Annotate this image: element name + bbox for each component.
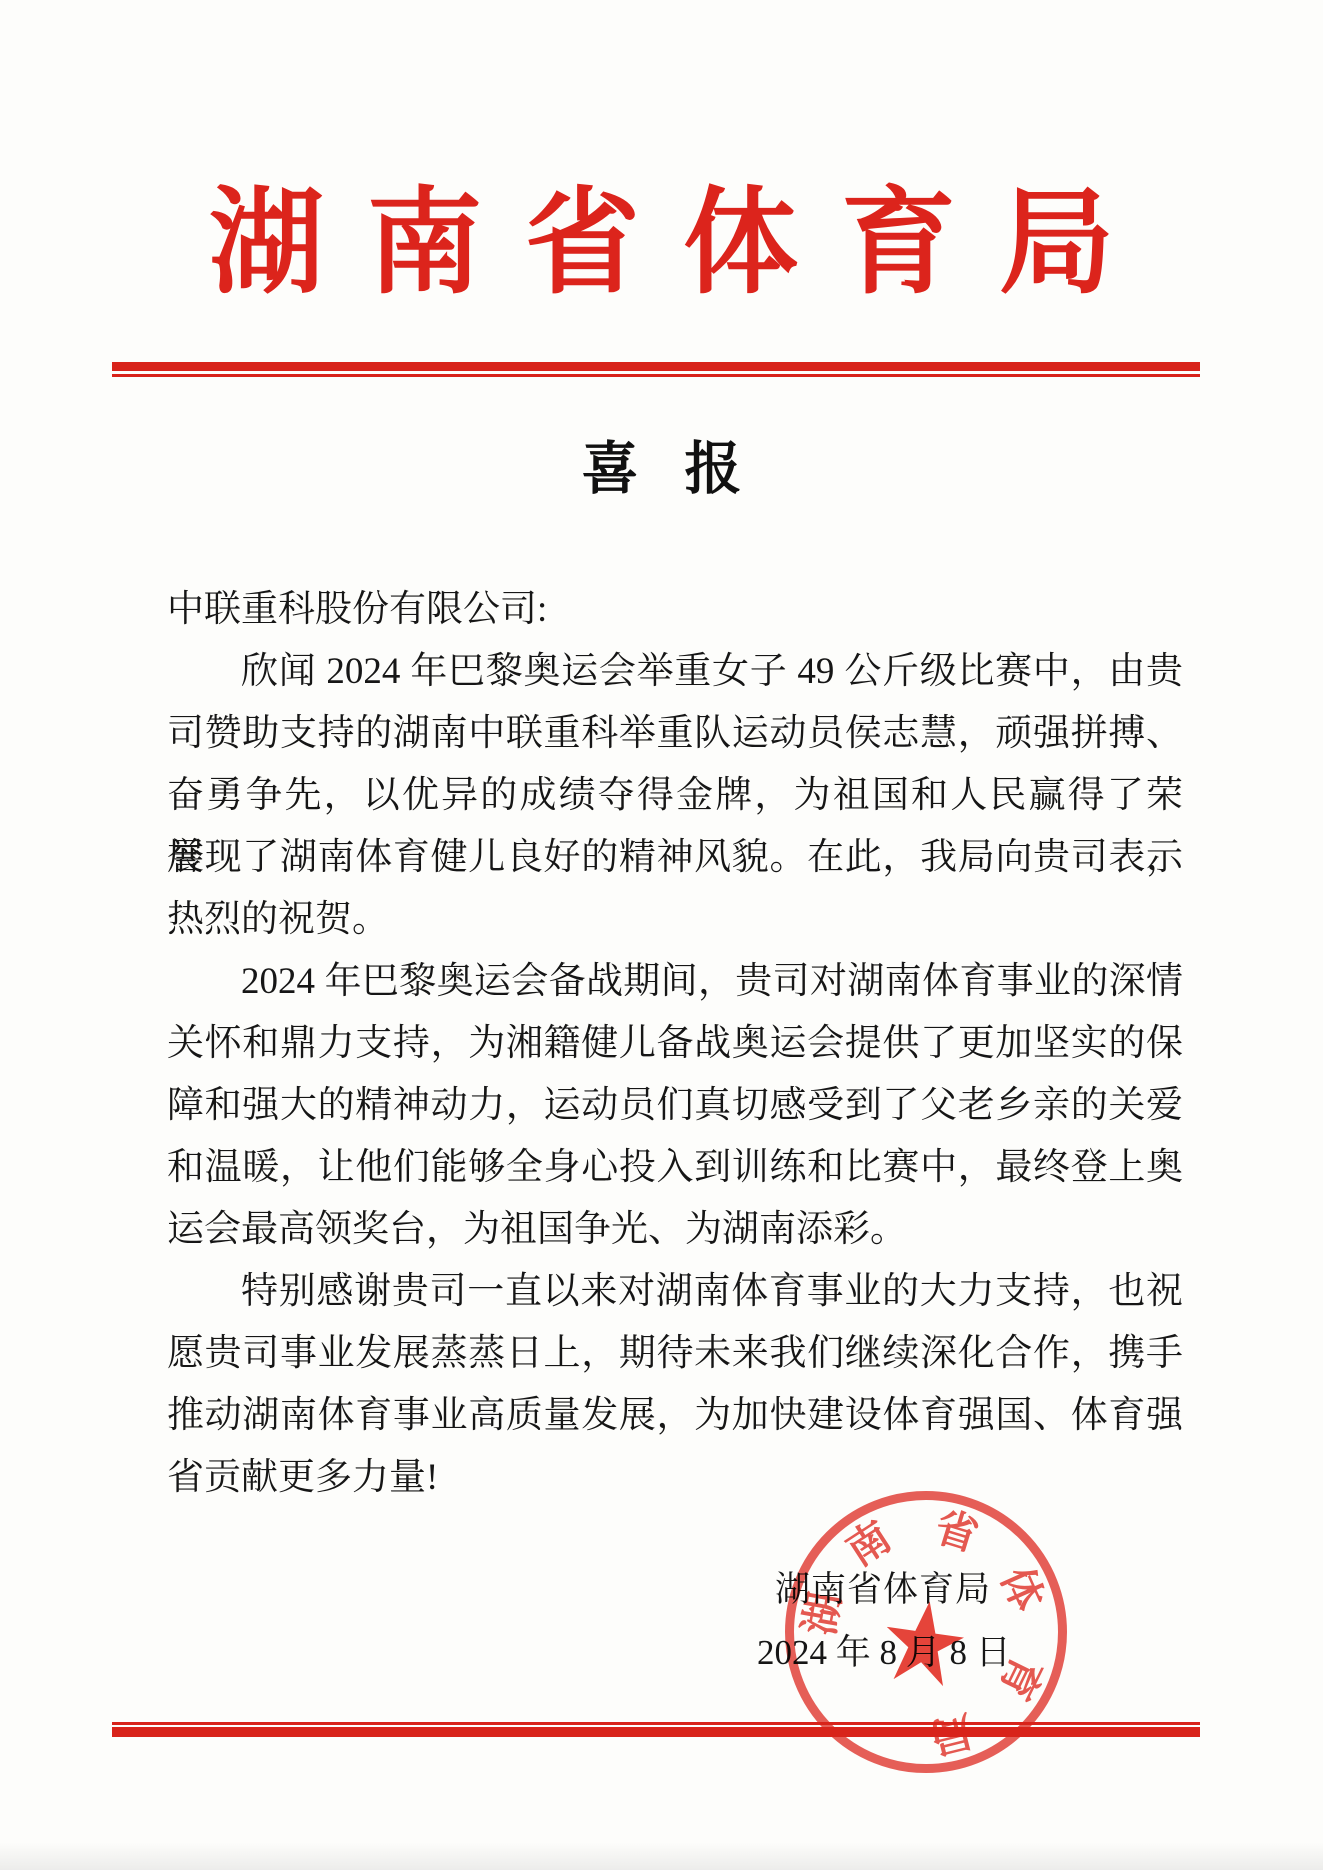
body-line: 欣闻 2024 年巴黎奥运会举重女子 49 公斤级比赛中，由贵 [167,641,1183,703]
recipient-line: 中联重科股份有限公司: [167,579,1183,641]
letter-body: 中联重科股份有限公司: 欣闻 2024 年巴黎奥运会举重女子 49 公斤级比赛中… [167,579,1183,1509]
body-line: 奋勇争先，以优异的成绩夺得金牌，为祖国和人民赢得了荣誉， [167,765,1183,827]
scan-artifact-shade [0,1842,1323,1870]
body-line: 推动湖南体育事业高质量发展，为加快建设体育强国、体育强 [167,1385,1183,1447]
body-line: 省贡献更多力量! [167,1447,1183,1509]
body-line: 愿贵司事业发展蒸蒸日上，期待未来我们继续深化合作，携手 [167,1323,1183,1385]
seal-char: 省 [930,1506,982,1558]
body-line: 运会最高领奖台，为祖国争光、为湖南添彩。 [167,1199,1183,1261]
notice-heading: 喜 报 [0,441,1323,498]
heading-char-xi: 喜 [582,441,639,498]
body-line: 司赞助支持的湖南中联重科举重队运动员侯志慧，顽强拼搏、 [167,703,1183,765]
body-line: 热烈的祝贺。 [167,889,1183,951]
body-line: 和温暖，让他们能够全身心投入到训练和比赛中，最终登上奥 [167,1137,1183,1199]
body-line: 障和强大的精神动力，运动员们真切感受到了父老乡亲的关爱 [167,1075,1183,1137]
header-rule-thin [112,374,1200,377]
body-line: 展现了湖南体育健儿良好的精神风貌。在此，我局向贵司表示 [167,827,1183,889]
issuer-title: 湖南省体育局 [166,186,1157,301]
body-line: 关怀和鼎力支持，为湘籍健儿备战奥运会提供了更加坚实的保 [167,1013,1183,1075]
body-line: 2024 年巴黎奥运会备战期间，贵司对湖南体育事业的深情 [167,951,1183,1013]
footer-rule-thick [112,1727,1200,1737]
seal-char: 南 [840,1516,898,1574]
seal-char: 体 [993,1562,1048,1617]
scanned-letter-page: 湖南省体育局 喜 报 中联重科股份有限公司: 欣闻 2024 年巴黎奥运会举重女… [0,0,1323,1870]
signature-date: 2024 年 8 月 8 日 [757,1633,1011,1673]
heading-char-bao: 报 [685,441,742,498]
body-line: 特别感谢贵司一直以来对湖南体育事业的大力支持，也祝 [167,1261,1183,1323]
signature-org: 湖南省体育局 [775,1570,991,1610]
footer-rule-thin [112,1722,1200,1725]
header-rule-thick [112,362,1200,371]
